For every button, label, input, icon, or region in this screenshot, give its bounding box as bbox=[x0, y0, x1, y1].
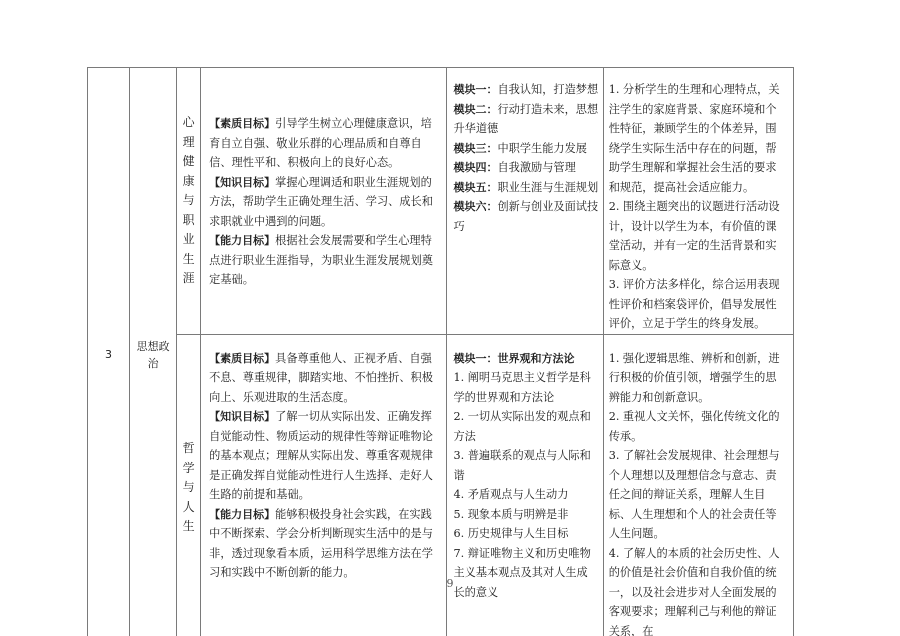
modules-cell: 模块一：自我认知，打造梦想 模块二：行动打造未来，思想升华道德 模块三：中职学生… bbox=[447, 68, 603, 335]
module-item: 模块六：创新与创业及面试技巧 bbox=[453, 197, 598, 236]
goal-tag: 【素质目标】 bbox=[209, 352, 275, 365]
goal-ability: 【能力目标】能够积极投身社会实践，在实践中不断探索、学会分析判断现实生活中的是与… bbox=[209, 505, 442, 583]
category-cell: 思想政治 bbox=[130, 68, 177, 636]
module-text: 自我激励与管理 bbox=[497, 161, 575, 174]
goal-ability: 【能力目标】根据社会发展需要和学生心理特点进行职业生涯指导，为职业生涯发展规划奠… bbox=[209, 231, 442, 290]
course-name-cell: 心 理 健 康 与 职 业 生 涯 bbox=[177, 68, 201, 335]
goal-quality: 【素质目标】引导学生树立心理健康意识，培育自立自强、敬业乐群的心理品质和自尊自信… bbox=[209, 114, 442, 173]
course-name-cell: 哲 学 与 人 生 bbox=[177, 334, 201, 636]
teaching-tip: 2. 重视人文关怀，强化传统文化的传承。 bbox=[609, 407, 787, 446]
course-name-char: 与 bbox=[183, 478, 195, 498]
goal-tag: 【能力目标】 bbox=[209, 508, 275, 521]
goal-tag: 【素质目标】 bbox=[209, 117, 275, 130]
modules-cell: 模块一：世界观和方法论 1. 阐明马克思主义哲学是科学的世界观和方法论 2. 一… bbox=[447, 334, 603, 636]
course-name-char: 生 bbox=[183, 250, 195, 270]
module-text: 中职学生能力发展 bbox=[497, 142, 587, 155]
course-name-char: 业 bbox=[183, 230, 195, 250]
teaching-tips-cell: 1. 分析学生的生理和心理特点，关注学生的家庭背景、家庭环境和个性特征，兼顾学生… bbox=[603, 68, 793, 335]
course-name-char: 职 bbox=[183, 211, 195, 231]
module-text: 自我认知，打造梦想 bbox=[497, 83, 598, 96]
module-item: 模块五：职业生涯与生涯规划 bbox=[453, 178, 598, 198]
goal-text: 了解一切从实际出发、正确发挥自觉能动性、物质运动的规律性等辩证唯物论的基本观点；… bbox=[209, 410, 433, 501]
module-item: 1. 阐明马克思主义哲学是科学的世界观和方法论 bbox=[453, 368, 598, 407]
table-row: 3 思想政治 心 理 健 康 与 职 业 生 涯 【素质目标】引导学 bbox=[88, 68, 794, 335]
document-page: 3 思想政治 心 理 健 康 与 职 业 生 涯 【素质目标】引导学 bbox=[0, 0, 900, 636]
course-name-char: 理 bbox=[183, 133, 195, 153]
row-number-cell: 3 bbox=[88, 68, 130, 636]
module-item: 6. 历史规律与人生目标 bbox=[453, 524, 598, 544]
goal-quality: 【素质目标】具备尊重他人、正视矛盾、自强不息、尊重规律，脚踏实地、不怕挫折、积极… bbox=[209, 349, 442, 408]
row-number: 3 bbox=[105, 348, 112, 361]
module-item: 5. 现象本质与明辨是非 bbox=[453, 505, 598, 525]
goal-tag: 【能力目标】 bbox=[209, 234, 275, 247]
teaching-tips-cell: 1. 强化逻辑思维、辨析和创新，进行积极的价值引领，增强学生的思辨能力和创新意识… bbox=[603, 334, 793, 636]
module-item: 模块四：自我激励与管理 bbox=[453, 158, 598, 178]
module-item: 模块一：自我认知，打造梦想 bbox=[453, 80, 598, 100]
module-item: 4. 矛盾观点与人生动力 bbox=[453, 485, 598, 505]
course-name-vertical: 心 理 健 康 与 职 业 生 涯 bbox=[177, 113, 200, 289]
goals-cell: 【素质目标】具备尊重他人、正视矛盾、自强不息、尊重规律，脚踏实地、不怕挫折、积极… bbox=[201, 334, 447, 636]
goal-tag: 【知识目标】 bbox=[209, 176, 275, 189]
curriculum-table: 3 思想政治 心 理 健 康 与 职 业 生 涯 【素质目标】引导学 bbox=[87, 67, 794, 636]
course-name-char: 康 bbox=[183, 172, 195, 192]
teaching-tip: 1. 强化逻辑思维、辨析和创新，进行积极的价值引领，增强学生的思辨能力和创新意识… bbox=[609, 349, 787, 408]
teaching-tip: 3. 了解社会发展规律、社会理想与个人理想以及理想信念与意志、责任之间的辩证关系… bbox=[609, 446, 787, 544]
module-item: 2. 一切从实际出发的观点和方法 bbox=[453, 407, 598, 446]
goals-cell: 【素质目标】引导学生树立心理健康意识，培育自立自强、敬业乐群的心理品质和自尊自信… bbox=[201, 68, 447, 335]
module-label: 模块一： bbox=[453, 83, 497, 96]
teaching-tip: 1. 分析学生的生理和心理特点，关注学生的家庭背景、家庭环境和个性特征，兼顾学生… bbox=[609, 80, 787, 197]
goal-tag: 【知识目标】 bbox=[209, 410, 275, 423]
course-name-vertical: 哲 学 与 人 生 bbox=[177, 439, 200, 537]
teaching-tip: 3. 评价方法多样化，综合运用表现性评价和档案袋评价，倡导发展性评价，立足于学生… bbox=[609, 275, 787, 334]
course-name-char: 人 bbox=[183, 498, 195, 518]
module-label: 模块三： bbox=[453, 142, 497, 155]
goal-knowledge: 【知识目标】掌握心理调适和职业生涯规划的方法，帮助学生正确处理生活、学习、成长和… bbox=[209, 173, 442, 232]
course-name-char: 涯 bbox=[183, 269, 195, 289]
course-name-char: 学 bbox=[183, 459, 195, 479]
module-label: 模块四： bbox=[453, 161, 497, 174]
table-row: 哲 学 与 人 生 【素质目标】具备尊重他人、正视矛盾、自强不息、尊重规律，脚踏… bbox=[88, 334, 794, 636]
category-label: 思想政治 bbox=[137, 340, 170, 370]
teaching-tip: 2. 围绕主题突出的议题进行活动设计，设计以学生为本，有价值的课堂活动，并有一定… bbox=[609, 197, 787, 275]
module-label: 模块六： bbox=[453, 200, 497, 213]
goal-knowledge: 【知识目标】了解一切从实际出发、正确发挥自觉能动性、物质运动的规律性等辩证唯物论… bbox=[209, 407, 442, 505]
module-item: 模块二：行动打造未来，思想升华道德 bbox=[453, 100, 598, 139]
course-name-char: 与 bbox=[183, 191, 195, 211]
course-name-char: 健 bbox=[183, 152, 195, 172]
module-title: 模块一：世界观和方法论 bbox=[453, 349, 598, 369]
page-number: 9 bbox=[0, 577, 900, 590]
module-text: 职业生涯与生涯规划 bbox=[497, 181, 598, 194]
course-name-char: 心 bbox=[183, 113, 195, 133]
module-item: 模块三：中职学生能力发展 bbox=[453, 139, 598, 159]
module-label: 模块二： bbox=[453, 103, 497, 116]
module-item: 3. 普遍联系的观点与人际和谐 bbox=[453, 446, 598, 485]
module-label: 模块五： bbox=[453, 181, 497, 194]
module-item: 7. 辩证唯物主义和历史唯物主义基本观点及其对人生成长的意义 bbox=[453, 544, 598, 603]
course-name-char: 生 bbox=[183, 517, 195, 537]
course-name-char: 哲 bbox=[183, 439, 195, 459]
